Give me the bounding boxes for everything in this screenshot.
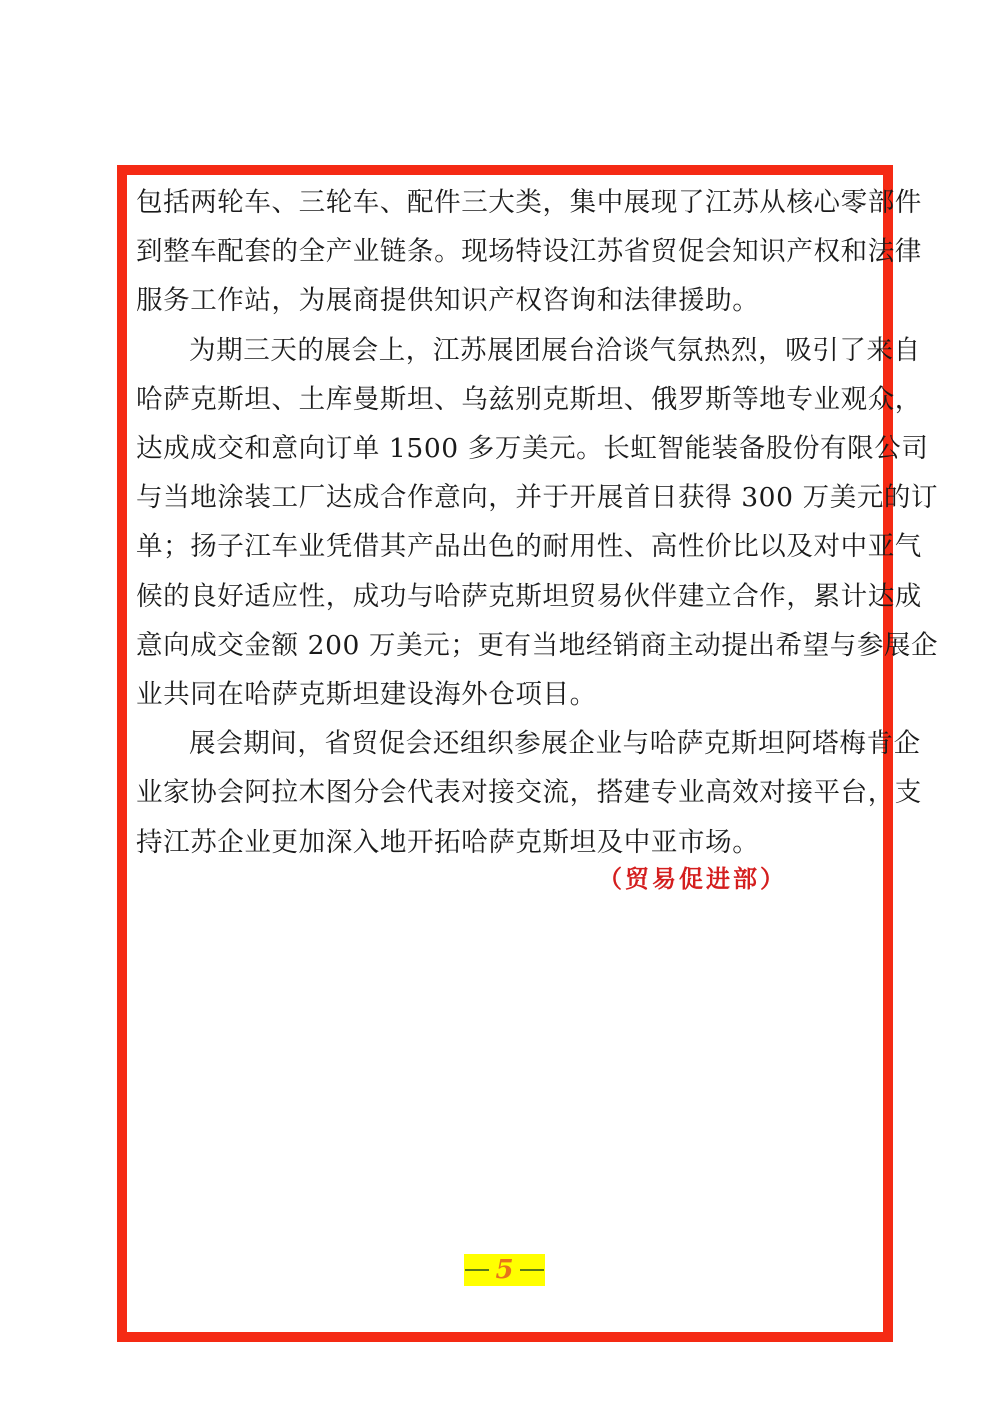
department-signature: （贸易促进部） [598, 859, 787, 894]
document-body: 包括两轮车、三轮车、配件三大类，集中展现了江苏从核心零部件 到整车配套的全产业链… [136, 178, 868, 867]
text-line: 候的良好适应性，成功与哈萨克斯坦贸易伙伴建立合作，累计达成 [136, 572, 868, 621]
paragraph-2: 为期三天的展会上，江苏展团展台洽谈气氛热烈，吸引了来自 哈萨克斯坦、土库曼斯坦、… [136, 326, 868, 720]
text-line: 业家协会阿拉木图分会代表对接交流，搭建专业高效对接平台，支 [136, 768, 868, 817]
text-line: 单；扬子江车业凭借其产品出色的耐用性、高性价比以及对中亚气 [136, 522, 868, 571]
text-line: 哈萨克斯坦、土库曼斯坦、乌兹别克斯坦、俄罗斯等地专业观众， [136, 375, 868, 424]
text-line: 与当地涂装工厂达成合作意向，并于开展首日获得 300 万美元的订 [136, 473, 868, 522]
text-line: 展会期间，省贸促会还组织参展企业与哈萨克斯坦阿塔梅肯企 [136, 719, 868, 768]
text-line: 为期三天的展会上，江苏展团展台洽谈气氛热烈，吸引了来自 [136, 326, 868, 375]
text-line: 业共同在哈萨克斯坦建设海外仓项目。 [136, 670, 868, 719]
dash-right [520, 1269, 544, 1271]
text-line: 达成成交和意向订单 1500 多万美元。长虹智能装备股份有限公司 [136, 424, 868, 473]
text-line: 到整车配套的全产业链条。现场特设江苏省贸促会知识产权和法律 [136, 227, 868, 276]
text-line: 意向成交金额 200 万美元；更有当地经销商主动提出希望与参展企 [136, 621, 868, 670]
text-line: 包括两轮车、三轮车、配件三大类，集中展现了江苏从核心零部件 [136, 178, 868, 227]
paragraph-1: 包括两轮车、三轮车、配件三大类，集中展现了江苏从核心零部件 到整车配套的全产业链… [136, 178, 868, 326]
page-number-badge: 5 [464, 1254, 545, 1286]
paragraph-3: 展会期间，省贸促会还组织参展企业与哈萨克斯坦阿塔梅肯企 业家协会阿拉木图分会代表… [136, 719, 868, 867]
page-number: 5 [495, 1255, 513, 1285]
dash-left [465, 1269, 489, 1271]
text-line: 服务工作站，为展商提供知识产权咨询和法律援助。 [136, 276, 868, 325]
